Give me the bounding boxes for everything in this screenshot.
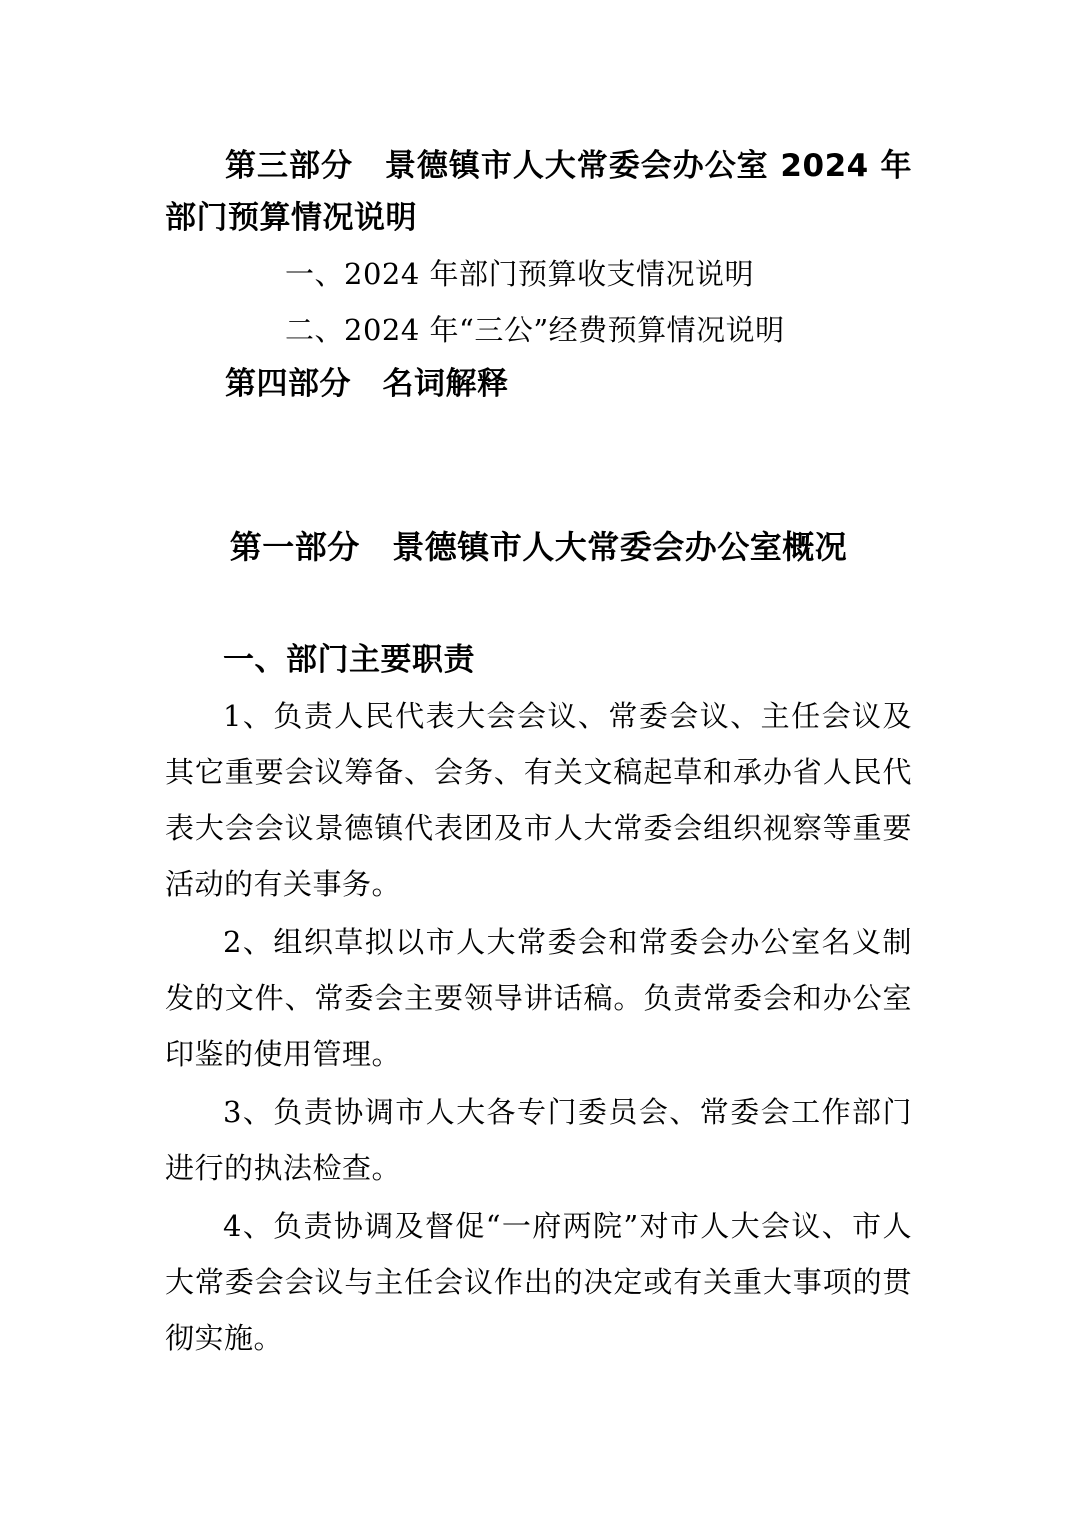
duty-paragraph-4: 4、负责协调及督促“一府两院”对市人大会议、市人大常委会会议与主任会议作出的决定… <box>165 1198 912 1366</box>
toc-part4-heading: 第四部分 名词解释 <box>165 358 912 410</box>
toc-item-three-public-funds: 二、2024 年“三公”经费预算情况说明 <box>285 304 912 356</box>
duty-paragraph-2: 2、组织草拟以市人大常委会和常委会办公室名义制发的文件、常委会主要领导讲话稿。负… <box>165 914 912 1082</box>
duty-paragraph-3: 3、负责协调市人大各专门委员会、常委会工作部门进行的执法检查。 <box>165 1084 912 1196</box>
duty-paragraph-1: 1、负责人民代表大会会议、常委会议、主任会议及其它重要会议筹备、会务、有关文稿起… <box>165 688 912 912</box>
part1-title: 第一部分 景德镇市人大常委会办公室概况 <box>165 520 912 574</box>
document-page: 第三部分 景德镇市人大常委会办公室 2024 年部门预算情况说明 一、2024 … <box>0 0 1074 1520</box>
section1-heading: 一、部门主要职责 <box>165 634 912 686</box>
toc-part3-heading: 第三部分 景德镇市人大常委会办公室 2024 年部门预算情况说明 <box>165 140 912 244</box>
toc-item-budget-revenue-expense: 一、2024 年部门预算收支情况说明 <box>285 248 912 300</box>
